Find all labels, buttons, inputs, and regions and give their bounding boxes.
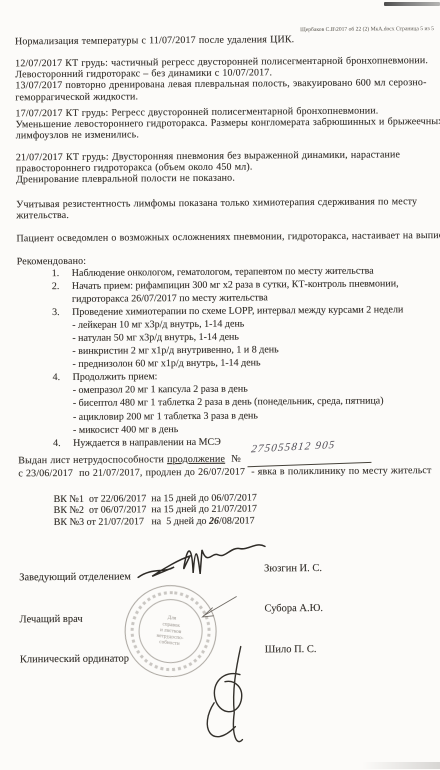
document-content: Щербаков С.В\2017 об 22 (2) МкА.docx Стр… [0, 0, 440, 770]
pen-stroke-arrow [202, 597, 236, 617]
scanned-document-page: Щербаков С.В\2017 об 22 (2) МкА.docx Стр… [0, 0, 440, 770]
signature-squiggle-head-of-department [138, 545, 265, 578]
signature-squiggle-clinical-resident [207, 647, 243, 742]
handwritten-ink-overlay [0, 0, 440, 770]
scan-artifact-bottom-right [362, 762, 440, 769]
